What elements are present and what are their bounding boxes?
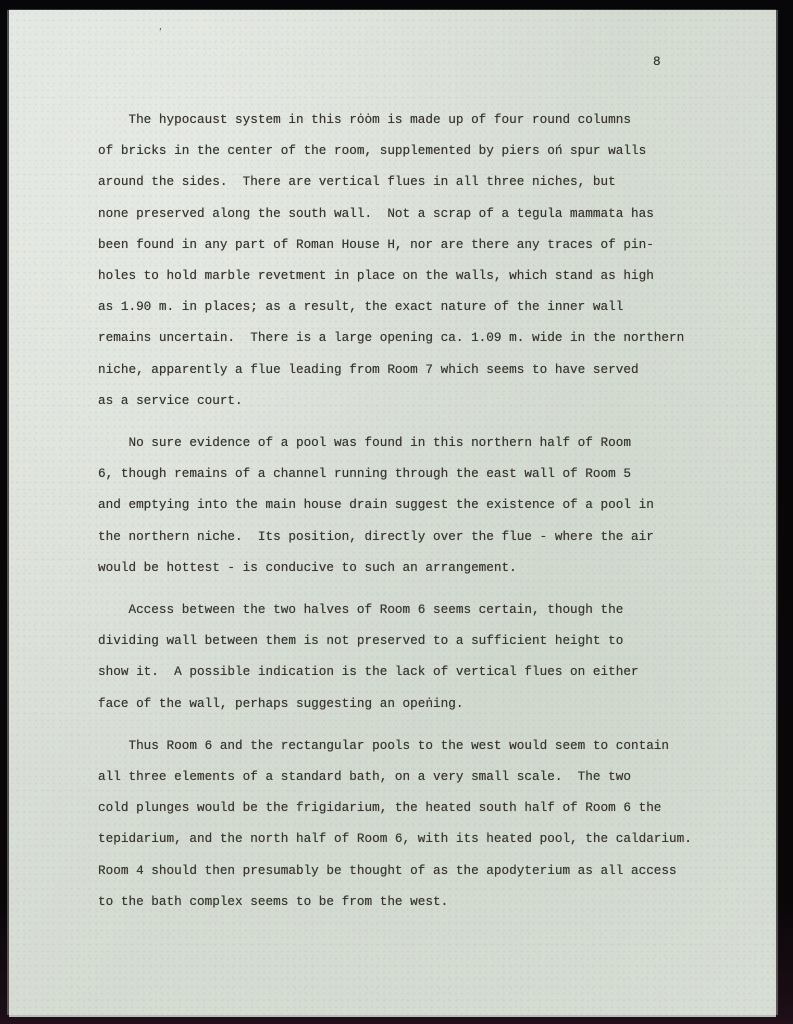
- text-line: Room 4 should then presumably be thought…: [98, 855, 738, 886]
- text-line: show it. A possible indication is the la…: [98, 656, 738, 687]
- text-line: none preserved along the south wall. Not…: [98, 198, 738, 229]
- text-line: Access between the two halves of Room 6 …: [98, 594, 738, 625]
- text-line: holes to hold marble revetment in place …: [98, 260, 738, 291]
- text-line: tepidarium, and the north half of Room 6…: [98, 823, 738, 854]
- text-line: dividing wall between them is not preser…: [98, 625, 738, 656]
- ink-speck: ʼ: [155, 27, 164, 40]
- text-line: all three elements of a standard bath, o…: [98, 761, 738, 792]
- screenshot-root: { "page": { "number": "8" }, "doc": { "p…: [0, 0, 793, 1024]
- text-line: Thus Room 6 and the rectangular pools to…: [98, 730, 738, 761]
- text-line: niche, apparently a flue leading from Ro…: [98, 354, 738, 385]
- text-line: the northern niche. Its position, direct…: [98, 521, 738, 552]
- text-line: and emptying into the main house drain s…: [98, 489, 738, 520]
- paragraph-access: Access between the two halves of Room 6 …: [98, 594, 738, 719]
- page-number: 8: [653, 46, 661, 77]
- text-line: as 1.90 m. in places; as a result, the e…: [98, 291, 738, 322]
- text-line: been found in any part of Roman House H,…: [98, 229, 738, 260]
- text-line: face of the wall, perhaps suggesting an …: [98, 688, 738, 719]
- text-line: of bricks in the center of the room, sup…: [98, 135, 738, 166]
- document-page: 8 ʼ The hypocaust system in this rȯȯm is…: [9, 10, 776, 1015]
- typed-text-block: The hypocaust system in this rȯȯm is mad…: [98, 104, 738, 917]
- text-line: 6, though remains of a channel running t…: [98, 458, 738, 489]
- paragraph-pool-evidence: No sure evidence of a pool was found in …: [98, 427, 738, 583]
- text-line: as a service court.: [98, 385, 738, 416]
- text-line: No sure evidence of a pool was found in …: [98, 427, 738, 458]
- text-line: The hypocaust system in this rȯȯm is mad…: [98, 104, 738, 135]
- scan-black-frame: 8 ʼ The hypocaust system in this rȯȯm is…: [0, 0, 793, 1024]
- text-line: would be hottest - is conducive to such …: [98, 552, 738, 583]
- text-line: to the bath complex seems to be from the…: [98, 886, 738, 917]
- paragraph-bath-elements: Thus Room 6 and the rectangular pools to…: [98, 730, 738, 917]
- text-line: remains uncertain. There is a large open…: [98, 322, 738, 353]
- paragraph-hypocaust: The hypocaust system in this rȯȯm is mad…: [98, 104, 738, 416]
- text-line: around the sides. There are vertical flu…: [98, 166, 738, 197]
- text-line: cold plunges would be the frigidarium, t…: [98, 792, 738, 823]
